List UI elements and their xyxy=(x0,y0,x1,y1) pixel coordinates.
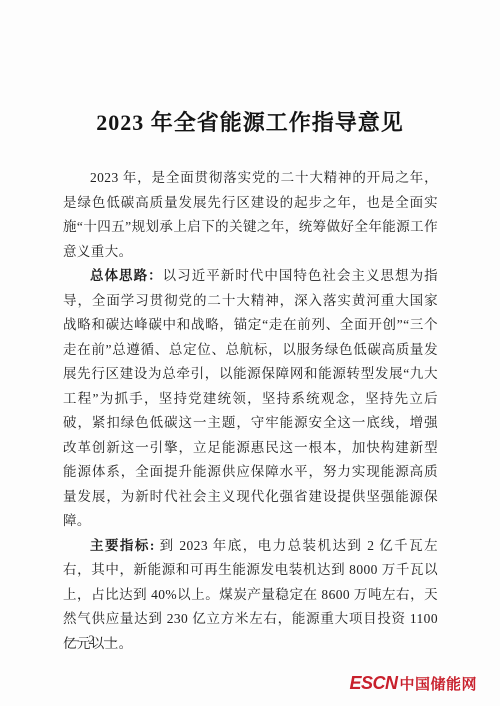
paragraph-main-indicators-lead: 主要指标: xyxy=(90,538,160,553)
logo-escn-text: ESCN xyxy=(349,673,399,693)
escn-logo: ESCN中国储能网 xyxy=(349,672,477,696)
paragraph-intro: 2023 年，是全面贯彻落实党的二十大精神的开局之年，是绿色低碳高质量发展先行区… xyxy=(63,166,438,264)
paragraph-intro-text: 2023 年，是全面贯彻落实党的二十大精神的开局之年，是绿色低碳高质量发展先行区… xyxy=(63,170,438,259)
paragraph-overall-approach-lead: 总体思路： xyxy=(90,268,163,283)
paragraph-overall-approach-text: 以习近平新时代中国特色社会主义思想为指导，全面学习贯彻党的二十大精神，深入落实黄… xyxy=(63,268,438,528)
document-body: 2023 年，是全面贯彻落实党的二十大精神的开局之年，是绿色低碳高质量发展先行区… xyxy=(63,166,438,656)
paragraph-overall-approach: 总体思路：以习近平新时代中国特色社会主义思想为指导，全面学习贯彻党的二十大精神，… xyxy=(63,264,438,534)
page-title: 2023 年全省能源工作指导意见 xyxy=(0,106,500,137)
page-number: — 2 — xyxy=(66,632,120,648)
logo-cn-text: 中国储能网 xyxy=(399,676,477,693)
document-page: 2023 年全省能源工作指导意见 2023 年，是全面贯彻落实党的二十大精神的开… xyxy=(0,0,500,706)
